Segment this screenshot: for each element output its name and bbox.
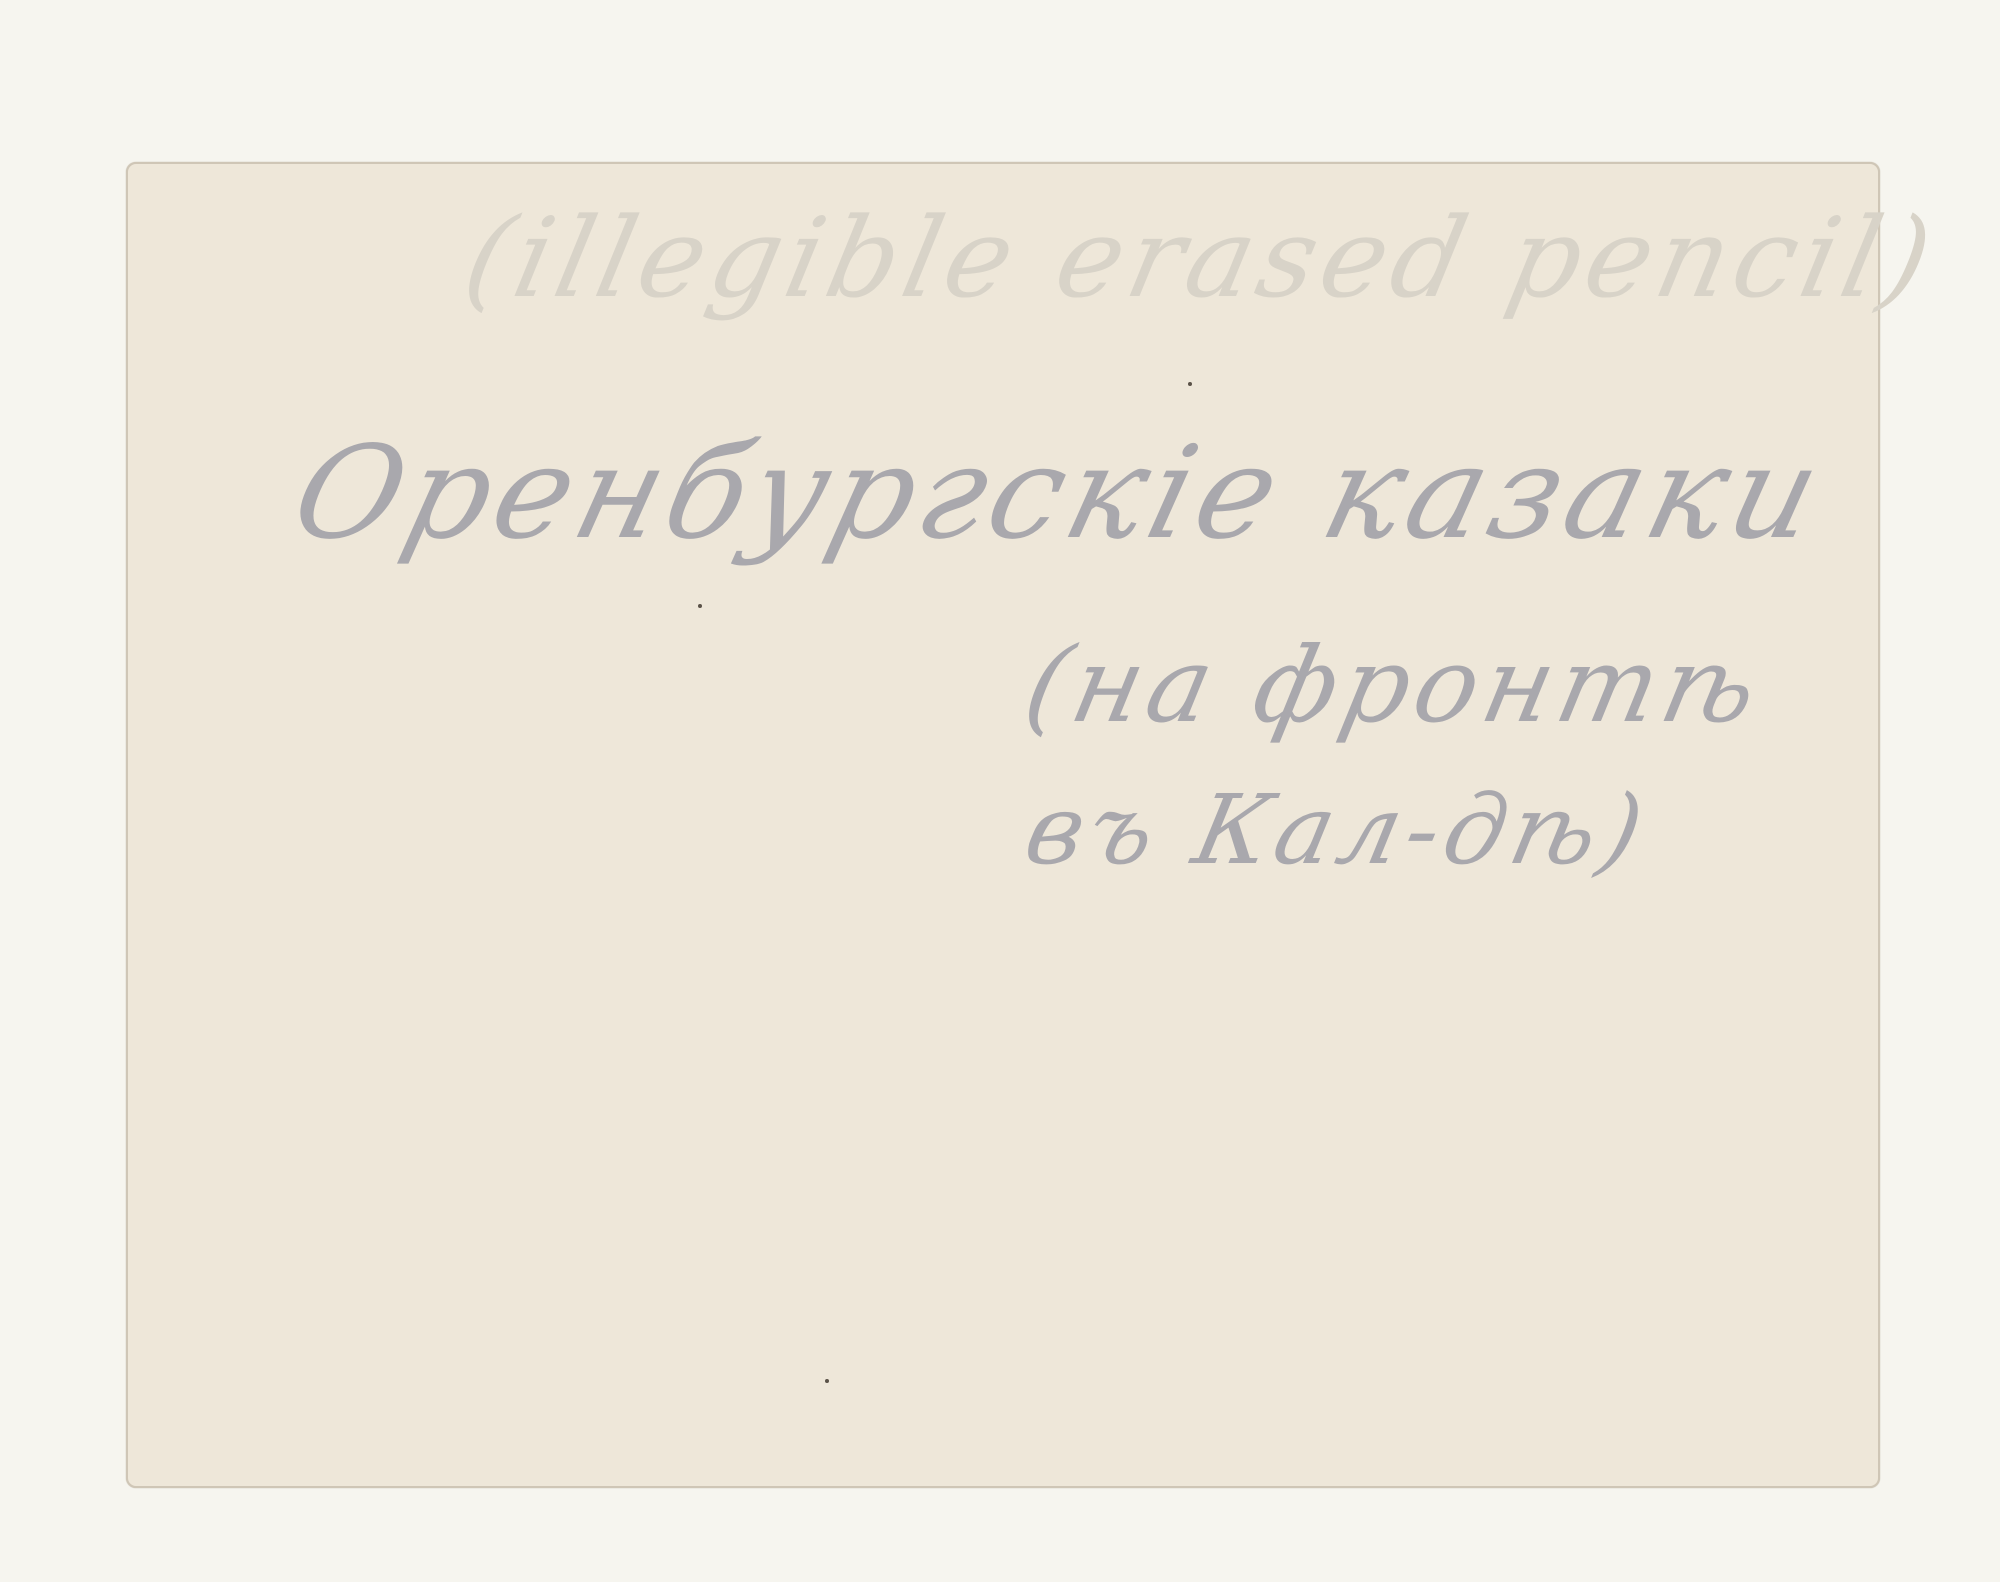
inscription-line-3: въ Кал-дѣ) <box>1016 774 1658 886</box>
inscription-line-2: (на фронтѣ <box>1015 624 1775 746</box>
photo-card-back: (illegible erased pencil) Оренбургскіе к… <box>126 162 1880 1488</box>
inscription-line-1: Оренбургскіе казаки <box>279 419 1839 568</box>
paper-speck <box>698 604 702 608</box>
paper-speck <box>1188 382 1192 386</box>
paper-speck <box>825 1379 829 1383</box>
erased-inscription: (illegible erased pencil) <box>454 194 1947 322</box>
